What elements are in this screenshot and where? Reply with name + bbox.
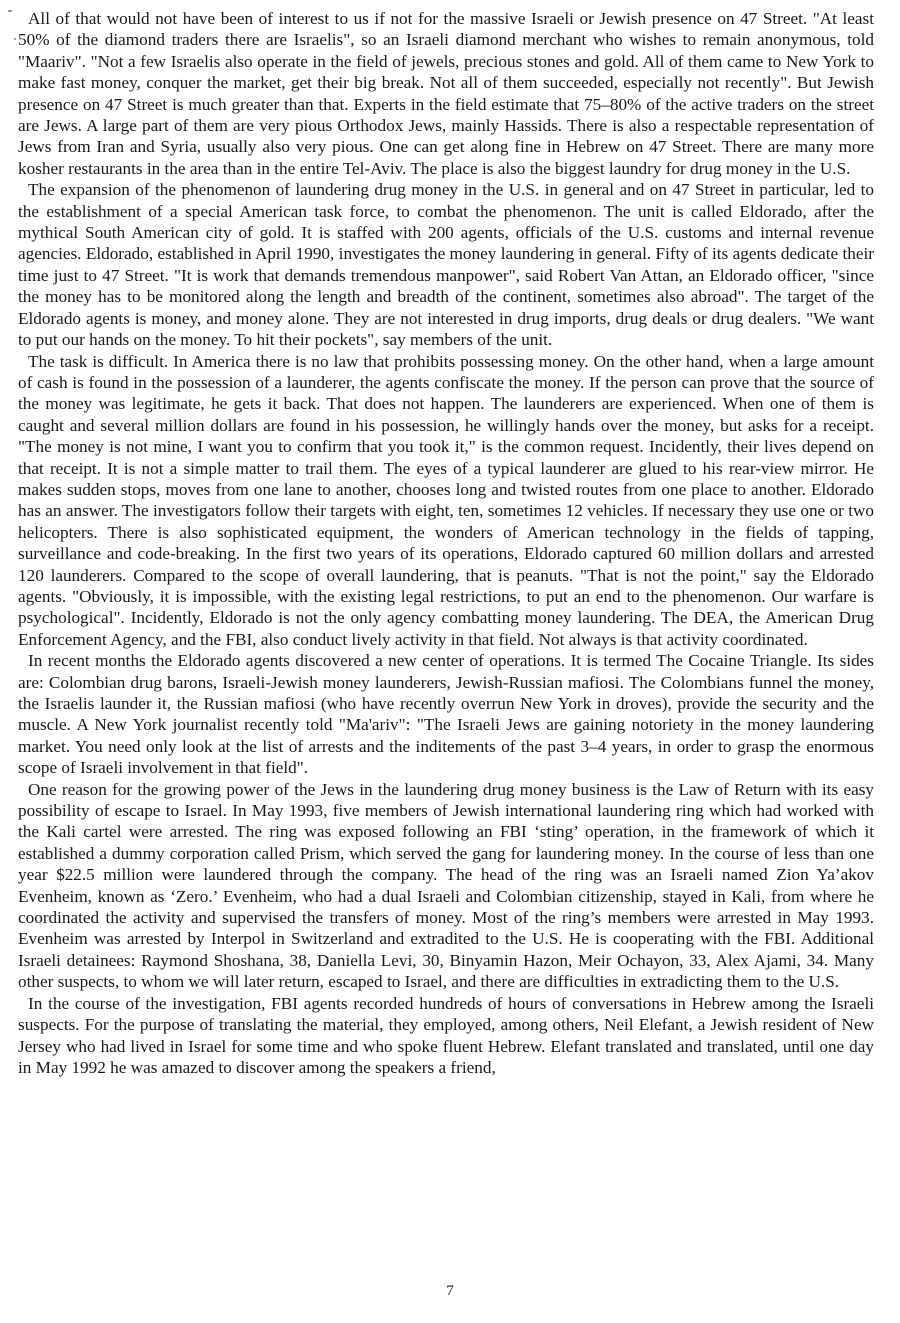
document-page: All of that would not have been of inter… (18, 8, 874, 1078)
paragraph-fbi-recordings: In the course of the investigation, FBI … (18, 993, 874, 1079)
paragraph-47-street-presence: All of that would not have been of inter… (18, 8, 874, 179)
page-number: 7 (0, 1283, 900, 1300)
paragraph-law-of-return: One reason for the growing power of the … (18, 779, 874, 993)
scan-speck (8, 10, 12, 12)
scan-speck (14, 38, 16, 40)
paragraph-cocaine-triangle: In recent months the Eldorado agents dis… (18, 650, 874, 778)
paragraph-task-difficult: The task is difficult. In America there … (18, 351, 874, 651)
paragraph-eldorado-task-force: The expansion of the phenomenon of laund… (18, 179, 874, 350)
